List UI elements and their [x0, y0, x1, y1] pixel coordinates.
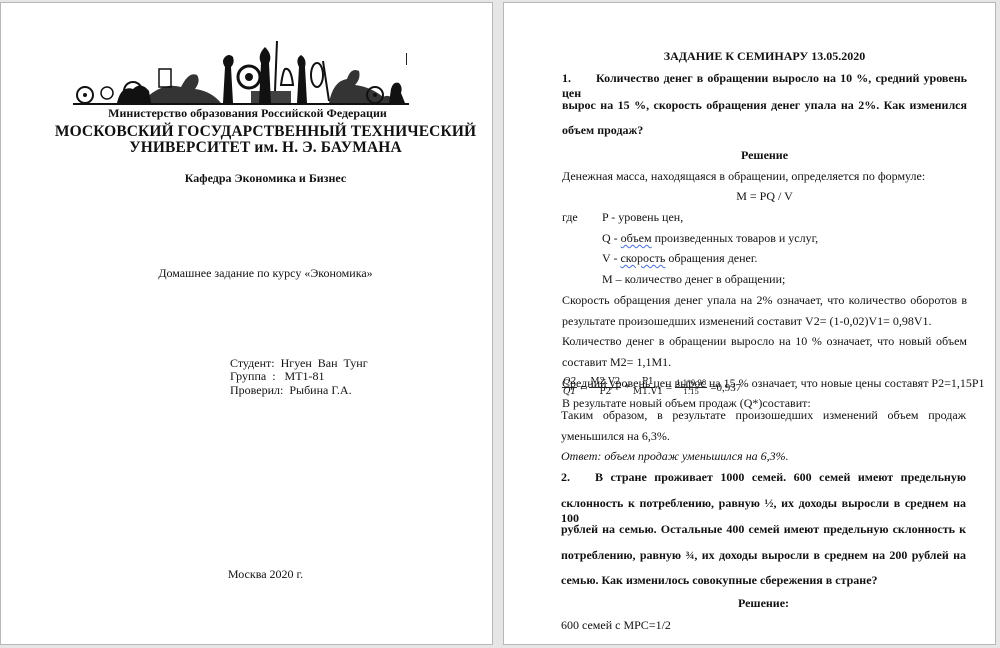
city-year: Москва 2020 г.	[19, 567, 512, 582]
homework-title: Домашнее задание по курсу «Экономика»	[19, 266, 512, 281]
denominator: 1.15	[683, 388, 699, 396]
university-emblem-icon	[71, 41, 411, 107]
definition-p: гдеP - уровень цен,	[562, 210, 967, 225]
where-label: где	[562, 210, 602, 225]
fraction-p-mv: P1M1.V1	[633, 378, 663, 397]
definition-q: Q - объем произведенных товаров и услуг,	[602, 231, 1000, 246]
def-v-prefix: V -	[602, 251, 620, 265]
fraction-mv-p: M2.V2P2	[589, 378, 621, 397]
spellcheck-word[interactable]: объем	[621, 231, 652, 245]
numerator: 1.1*0.98	[675, 379, 707, 388]
task1-number: 1.	[562, 71, 596, 86]
text-cursor	[406, 53, 407, 65]
task1-solution-heading: Решение	[562, 148, 967, 163]
paragraph-result: В результате новый объем продаж (Q*)сост…	[562, 396, 967, 411]
university-name-line2: УНИВЕРСИТЕТ им. Н. Э. БАУМАНА	[19, 139, 512, 157]
page-heading: ЗАДАНИЕ К СЕМИНАРУ 13.05.2020	[562, 49, 967, 64]
fraction-numeric: 1.1*0.981.15	[675, 379, 707, 396]
equals-sign: =	[666, 382, 672, 394]
task1-line2: вырос на 15 %, скорость обращения денег …	[562, 98, 967, 113]
task1-line1: 1.Количество денег в обращении выросло н…	[562, 71, 967, 101]
denominator: M1.V1	[633, 388, 663, 397]
equals-sign: =	[580, 382, 586, 394]
spellcheck-word[interactable]: скорость	[620, 251, 665, 265]
title-page: Министерство образования Российской Феде…	[0, 2, 493, 645]
def-q-rest: произведенных товаров и услуг,	[652, 231, 819, 245]
denominator: Q1	[563, 388, 576, 397]
equation-result: =0,937	[710, 382, 741, 394]
definition-m: M – количество денег в обращении;	[602, 272, 1000, 287]
seminar-page: ЗАДАНИЕ К СЕМИНАРУ 13.05.2020 1.Количест…	[503, 2, 996, 645]
def-p-text: P - уровень цен,	[602, 210, 683, 224]
definition-v: V - скорость обращения денег.	[602, 251, 1000, 266]
task1-text-line1: Количество денег в обращении выросло на …	[562, 71, 967, 100]
checked-by: Проверил: Рыбина Г.А.	[230, 383, 352, 398]
sales-equation: Q2Q1 = M2.V2P2 * P1M1.V1 = 1.1*0.981.15 …	[562, 378, 741, 397]
money-formula: M = PQ / V	[562, 189, 967, 204]
ministry-name: Министерство образования Российской Феде…	[1, 106, 494, 121]
paragraph-velocity-line2: результате произошедших изменений состав…	[562, 314, 967, 329]
task1-intro: Денежная масса, находящаяся в обращении,…	[562, 169, 967, 184]
denominator: P2	[599, 388, 611, 397]
def-q-prefix: Q -	[602, 231, 621, 245]
paragraph-velocity-line1: Скорость обращения денег упала на 2% озн…	[562, 293, 967, 308]
multiply-sign: *	[624, 382, 630, 394]
paragraph-money-line1: Количество денег в обращении выросло на …	[562, 334, 967, 349]
def-v-rest: обращения денег.	[665, 251, 757, 265]
department-name: Кафедра Экономика и Бизнес	[19, 171, 512, 186]
task1-line3: объем продаж?	[562, 123, 967, 138]
group-number: Группа : МТ1-81	[230, 369, 325, 384]
fraction-q: Q2Q1	[562, 378, 577, 397]
paragraph-money-line2: составит M2= 1,1M1.	[562, 355, 967, 370]
